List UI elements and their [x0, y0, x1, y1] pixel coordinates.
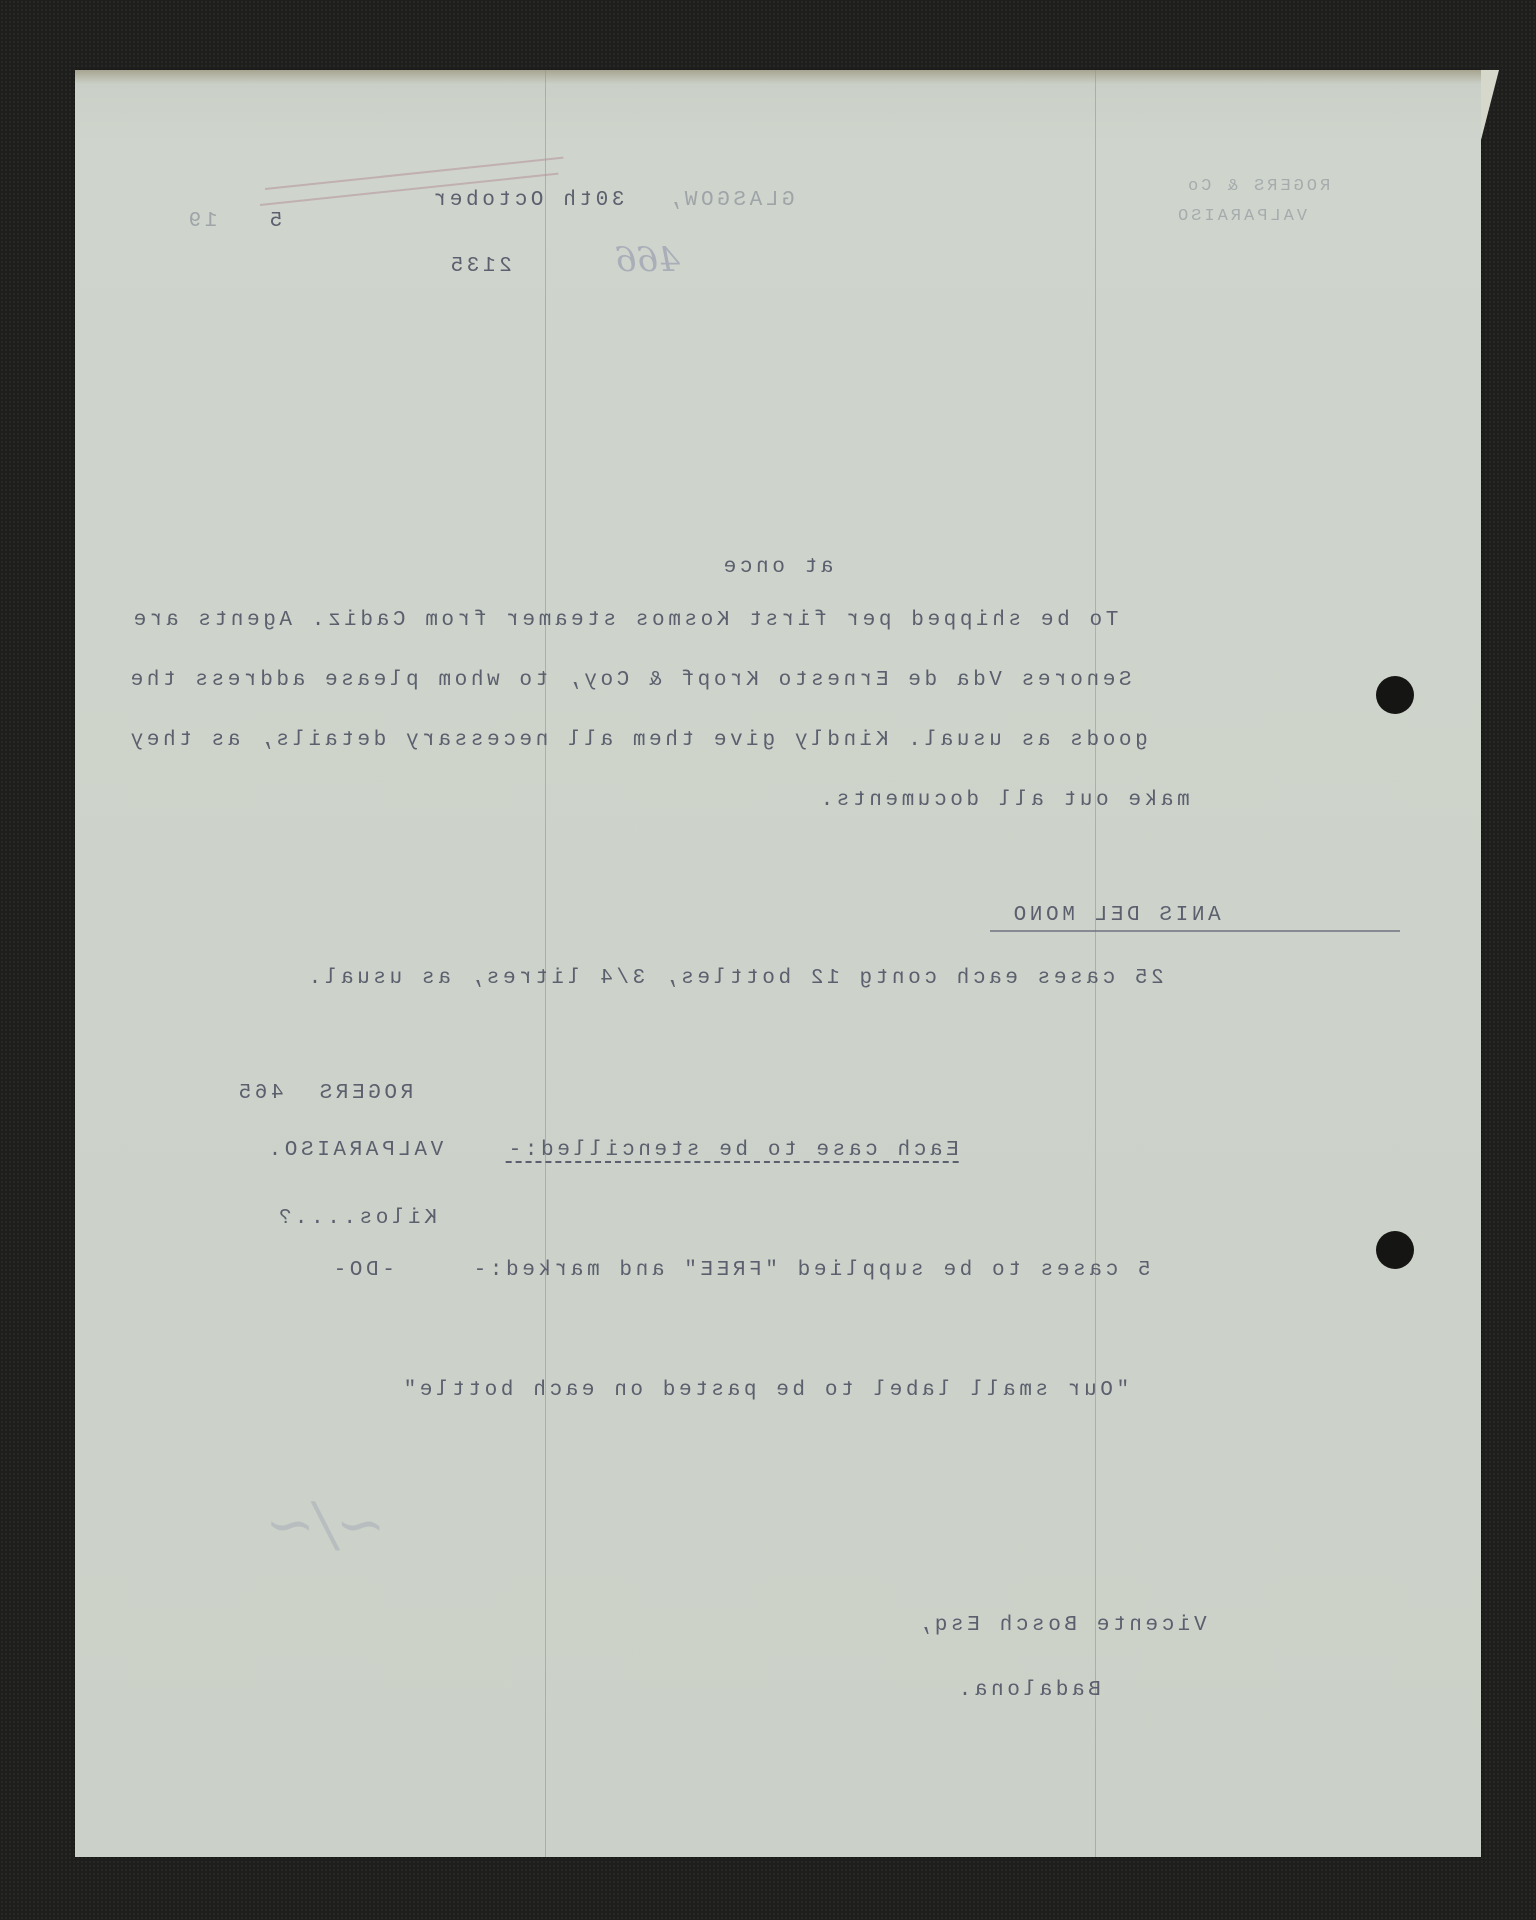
punch-hole — [1376, 1231, 1414, 1269]
at-once-note: at once — [720, 557, 833, 578]
marking-kilos: Kilos....? — [275, 1208, 437, 1229]
label-note: "Our small label to be pasted on each bo… — [400, 1380, 1129, 1401]
marking-destination: VALPARAISO. — [265, 1140, 443, 1161]
reference-number: 2135 — [447, 256, 512, 277]
paper-top-edge-stain — [75, 70, 1481, 84]
order-line: 25 cases each contg 12 bottles, 3/4 litr… — [305, 968, 1164, 989]
date-place: GLASGOW, — [665, 190, 795, 211]
date-day-month: 30th October — [430, 190, 624, 211]
addressee-city: Badalona. — [955, 1680, 1101, 1701]
body-line-2: Senores Vda de Ernesto Kropf & Coy, to w… — [127, 670, 1132, 691]
free-cases-line: 5 cases to be supplied "FREE" and marked… — [470, 1260, 1151, 1281]
handwritten-scribble: ~/~ — [265, 1490, 386, 1560]
marking-ditto: -DO- — [330, 1260, 395, 1281]
body-line-3: goods as usual. Kindly give them all nec… — [127, 730, 1148, 751]
fold-crease — [1095, 70, 1096, 1857]
stamp-mark — [265, 157, 564, 190]
letterhead-faint-line1: ROGERS & Co — [1185, 178, 1330, 195]
marking-rogers: ROGERS 465 — [235, 1083, 413, 1104]
date-year-suffix: 5 19 — [185, 190, 347, 253]
punch-hole — [1376, 676, 1414, 714]
body-line-1: To be shipped per first Kosmos steamer f… — [130, 610, 1118, 631]
letterhead-faint-line2: VALPARAISO — [1175, 208, 1307, 225]
body-line-4: make out all documents. — [817, 790, 1190, 811]
product-heading: ANIS DEL MONO — [1010, 905, 1221, 926]
folded-corner — [1481, 70, 1499, 140]
fold-crease — [545, 70, 546, 1857]
handwritten-reference: 466 — [615, 240, 680, 280]
letter-sheet: ROGERS & Co VALPARAISO 5 19 30th October… — [75, 70, 1481, 1857]
addressee-name: Vicente Bosch Esq, — [915, 1615, 1207, 1636]
stencil-instruction: Each case to be stencilled:- — [505, 1140, 959, 1161]
heading-underline — [990, 930, 1400, 932]
